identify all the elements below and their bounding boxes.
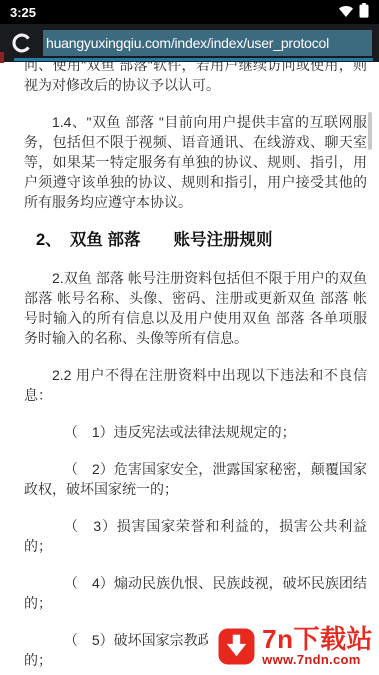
watermark-site-url: www.7ndn.com [262, 653, 360, 667]
battery-icon [359, 3, 369, 21]
watermark-site-name: 7n下载站 [262, 626, 373, 652]
left-edge-marker [0, 52, 4, 63]
paragraph-2-2: 2.2 用户不得在注册资料中出现以下违法和不良信息： [24, 365, 367, 405]
paragraph-2-1: 2.双鱼 部落 帐号注册资料包括但不限于用户的双鱼 部落 帐号名称、头像、密码、… [24, 268, 367, 348]
url-text: huangyuxingqiu.com/index/index/user_prot… [46, 35, 329, 51]
list-item-3: （ 3）损害国家荣誉和利益的，损害公共利益的； [24, 516, 367, 556]
site-watermark: 7n下载站 www.7ndn.com [208, 624, 376, 669]
watermark-texts: 7n下载站 www.7ndn.com [262, 626, 373, 667]
status-time: 3:25 [10, 5, 36, 20]
url-input[interactable]: huangyuxingqiu.com/index/index/user_prot… [43, 30, 372, 56]
list-item-5-end: 的； [24, 652, 52, 668]
list-item-5-start: （ 5）破坏国家宗教政策 [64, 632, 226, 648]
paragraph-1-4: 1.4、"双鱼 部落 "目前向用户提供丰富的互联网服务，包括但不限于视频、语音通… [24, 112, 367, 212]
protocol-page-content: 问、使用"双鱼 部落"软件，若用户继续访问或使用，则视为对修改后的协议予以认可。… [0, 55, 379, 670]
status-bar: 3:25 [0, 0, 379, 24]
status-icons [338, 3, 369, 21]
list-item-2: （ 2）危害国家安全，泄露国家秘密，颠覆国家政权，破坏国家统一的； [24, 459, 367, 499]
list-item-4: （ 4）煽动民族仇恨、民族歧视，破坏民族团结的； [24, 573, 367, 613]
section-2-heading: 2、 双鱼 部落 账号注册规则 [36, 229, 367, 251]
list-item-1: （ 1）违反宪法或法律法规规定的； [24, 422, 367, 442]
download-arrow-icon [218, 628, 255, 665]
browser-toolbar: huangyuxingqiu.com/index/index/user_prot… [0, 24, 379, 62]
url-underline [14, 58, 373, 61]
phone-screen: 3:25 huangyuxingqiu.com/index/index/user… [0, 0, 379, 675]
reload-icon[interactable] [10, 31, 34, 55]
wifi-icon [338, 4, 354, 21]
scrollbar[interactable] [368, 112, 372, 150]
